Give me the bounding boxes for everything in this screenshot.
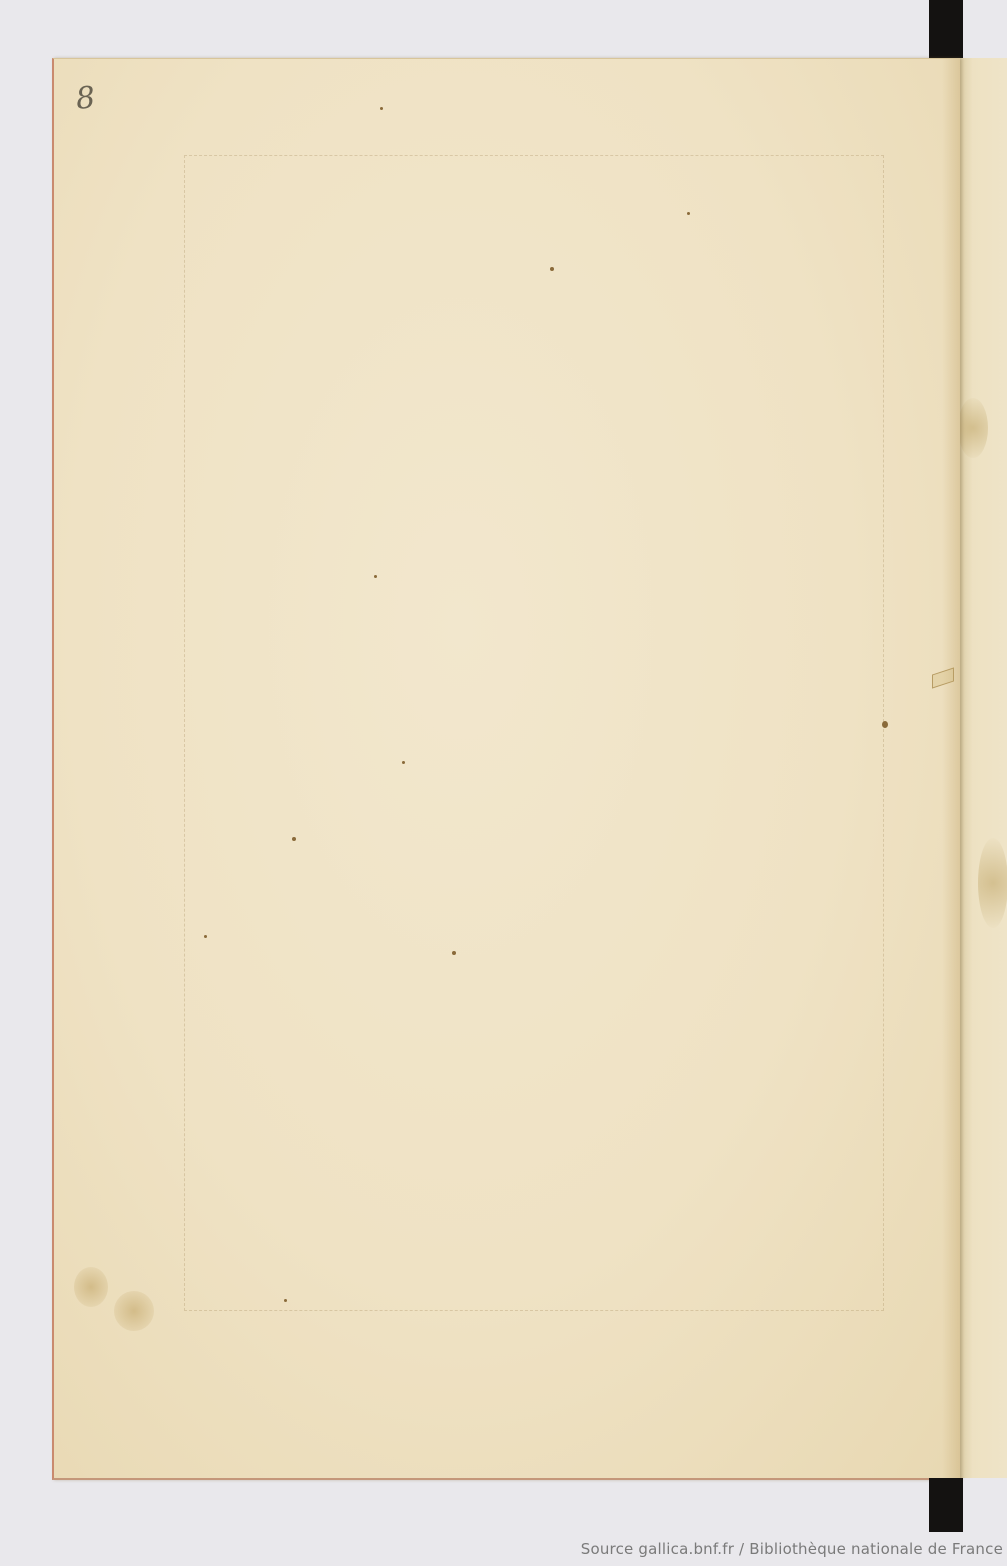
spot xyxy=(882,721,888,728)
bookmark-strip-bottom xyxy=(929,1478,963,1532)
spot xyxy=(550,267,554,271)
spot xyxy=(687,212,690,215)
spot xyxy=(284,1299,287,1302)
spot xyxy=(374,575,377,578)
foxing-blot xyxy=(114,1291,154,1331)
stain xyxy=(978,838,1007,928)
show-through-frame xyxy=(184,155,884,1311)
stain xyxy=(958,398,988,458)
paper-tear xyxy=(932,667,954,688)
book-page: 8 xyxy=(52,58,960,1480)
spot xyxy=(380,107,383,110)
spot xyxy=(292,837,296,841)
spot xyxy=(452,951,456,955)
facing-page-edge xyxy=(958,58,1007,1478)
bookmark-strip-top xyxy=(929,0,963,62)
foxing-blot xyxy=(74,1267,108,1307)
spot xyxy=(204,935,207,938)
folio-number: 8 xyxy=(74,80,97,117)
source-credit: Source gallica.bnf.fr / Bibliothèque nat… xyxy=(581,1540,1003,1558)
spot xyxy=(402,761,405,764)
